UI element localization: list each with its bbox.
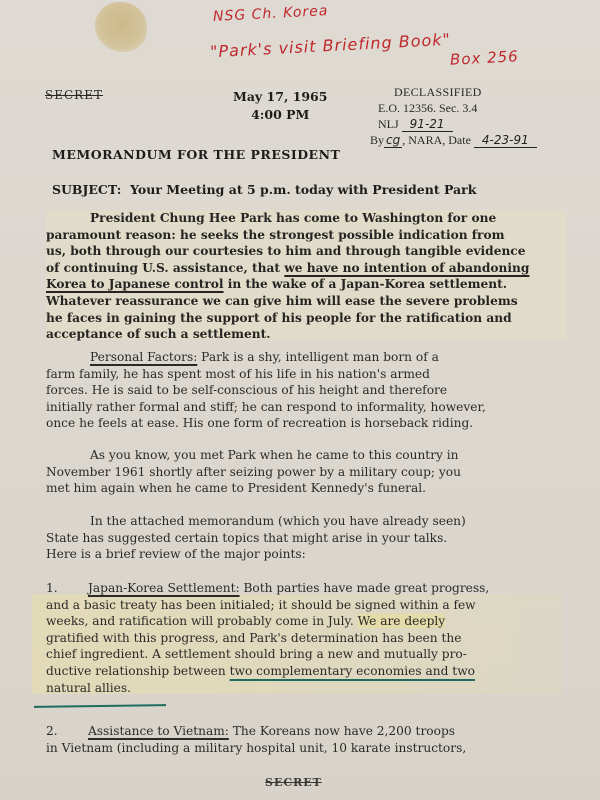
paragraph-previous-meetings: As you know, you met Park when he came t… [46, 447, 566, 497]
handwritten-note-title: "Park's visit Briefing Book" [210, 30, 452, 62]
section-heading: Personal Factors: [90, 350, 197, 364]
subject-text: Your Meeting at 5 p.m. today with Presid… [130, 182, 476, 197]
memo-title: MEMORANDUM FOR THE PRESIDENT [52, 147, 340, 162]
memo-date: May 17, 1965 [233, 88, 327, 106]
green-underlined-phrase: two complementary economies and two [230, 664, 475, 678]
handwritten-note-box: Box 256 [450, 47, 520, 69]
memo-time: 4:00 PM [233, 106, 327, 124]
by-initials: cg [384, 133, 402, 148]
memo-subject: SUBJECT: Your Meeting at 5 p.m. today wi… [52, 182, 476, 197]
underlined-phrase: Korea to Japanese control [46, 277, 224, 291]
declassification-stamp: DECLASSIFIED E.O. 12356. Sec. 3.4 NLJ 91… [378, 84, 537, 148]
declass-nlj: NLJ 91-21 [378, 116, 537, 132]
declass-date: 4-23-91 [474, 133, 537, 148]
section-heading: Japan-Korea Settlement: [88, 581, 240, 595]
classification-bottom: SECRET [265, 776, 322, 789]
coffee-stain [95, 2, 147, 52]
handwritten-note-collection: NSG Ch. Korea [213, 3, 329, 25]
paragraph-personal-factors: Personal Factors: Park is a shy, intelli… [46, 349, 566, 432]
paragraph-intro: President Chung Hee Park has come to Was… [46, 210, 566, 343]
declass-title: DECLASSIFIED [378, 84, 537, 100]
paragraph-attached-memo: In the attached memorandum (which you ha… [46, 513, 566, 563]
declass-by: Bycg, NARA, Date 4-23-91 [370, 132, 537, 148]
point-japan-korea-settlement: 1.Japan-Korea Settlement: Both parties h… [46, 580, 566, 696]
memo-date-block: May 17, 1965 4:00 PM [233, 88, 327, 124]
underlined-phrase: we have no intention of abandoning [284, 261, 529, 275]
subject-label: SUBJECT: [52, 182, 121, 197]
section-heading: Assistance to Vietnam: [88, 724, 229, 738]
classification-top: SECRET [45, 88, 103, 102]
declass-authority: E.O. 12356. Sec. 3.4 [378, 100, 537, 116]
point-number: 1. [46, 580, 88, 597]
point-number: 2. [46, 723, 88, 740]
nlj-value: 91-21 [402, 117, 453, 132]
green-pen-underline [34, 704, 166, 708]
point-assistance-vietnam: 2.Assistance to Vietnam: The Koreans now… [46, 723, 566, 756]
memo-page: NSG Ch. Korea "Park's visit Briefing Boo… [0, 0, 600, 800]
